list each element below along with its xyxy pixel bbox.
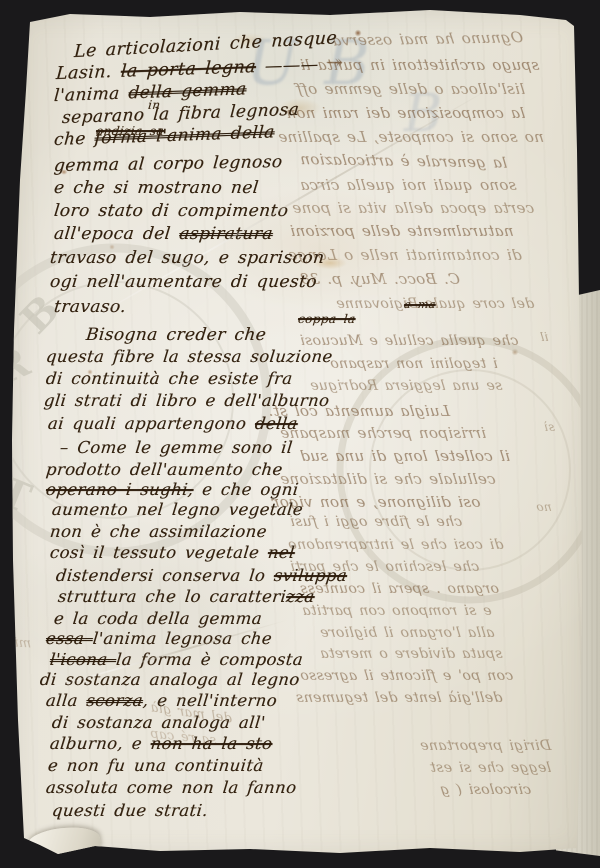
manuscript-text: gli strati di libro e dell'alburno [43,391,330,410]
manuscript-text: distendersi conserva lo [55,566,275,585]
manuscript-line: ai quali appartengono della [47,414,299,433]
manuscript-line: di sostanza analoga all' [51,713,267,732]
manuscript-text: , e nell'interno [142,691,278,710]
struck-text: scorza [85,691,143,710]
manuscript-text: aumento nel legno vegetale [51,500,304,519]
manuscript-text: Lasin. [55,62,121,84]
manuscript-line: questa fibre la stessa soluzione [45,347,334,366]
manuscript-line: all'epoca del aspiratura [53,224,274,244]
manuscript-text: all'epoca del [53,224,180,244]
struck-text: della [254,414,299,433]
interlinear-insertion: a ma [403,298,436,311]
struck-text: ondizia sa [95,124,164,138]
manuscript-text: e non fu una continuità [47,756,265,775]
manuscript-line: loro stato di compimento [53,201,289,221]
struck-text: sviluppa [273,566,348,585]
manuscript-text: struttura che lo caratteri [57,587,287,606]
manuscript-text: gemma al corpo legnoso [53,152,283,176]
manuscript-text: in [147,98,161,112]
manuscript-line: travaso. [53,297,127,317]
manuscript-line: operano i sughi, e che ogni [45,480,299,499]
manuscript-page: UB B B R I T Ognuno ha mai osserva↞spugo… [0,0,600,868]
manuscript-line: e la coda della gemma [53,609,263,628]
handwriting-layer: Le articolazioni che nasqueLasin. la por… [0,0,600,868]
manuscript-text: Bisogna creder che [85,325,267,345]
manuscript-text: l'anima [53,83,129,106]
manuscript-line: – Come le gemme sono il [59,438,294,457]
manuscript-text: alburno, e [49,734,152,753]
manuscript-text: ——— [255,55,319,77]
manuscript-line: questi due strati. [51,801,209,820]
manuscript-text: ogi nell'aumentare di questo [49,272,318,292]
struck-text: a ma [403,298,436,311]
manuscript-line: aumento nel legno vegetale [51,500,304,519]
interlinear-insertion: coppa la [297,312,356,326]
manuscript-line: gli strati di libro e dell'alburno [43,391,330,410]
manuscript-line: essa l'anima legnosa che [45,629,273,648]
interlinear-insertion: in [147,98,161,112]
struck-text: non ha la sto [150,734,274,753]
struck-text: essa [45,629,94,648]
manuscript-text: e la coda della gemma [53,609,263,628]
manuscript-text: di sostanza analoga all' [51,713,267,732]
struck-text: nel [267,543,296,562]
manuscript-line: prodotto dell'aumento che [45,460,284,479]
manuscript-text: alla [45,691,87,710]
manuscript-text: travaso. [53,297,127,317]
manuscript-text: questi due strati. [51,801,209,820]
manuscript-line: e che si mostrano nel [53,178,260,198]
manuscript-line: di continuità che esiste fra [45,369,294,388]
manuscript-line: alla scorza, e nell'interno [45,691,278,710]
manuscript-text: – Come le gemme sono il [59,438,294,457]
manuscript-line: Bisogna creder che [85,325,267,345]
manuscript-line: così il tessuto vegetale nel [49,543,296,562]
manuscript-line: ogi nell'aumentare di questo [49,272,318,292]
manuscript-line: assoluta come non la fanno [45,778,297,797]
manuscript-text: non è che assimilazione [49,522,268,541]
manuscript-line: non è che assimilazione [49,522,268,541]
manuscript-text: questa fibre la stessa soluzione [45,347,334,366]
manuscript-line: e non fu una continuità [47,756,265,775]
manuscript-text: loro stato di compimento [53,201,289,221]
manuscript-line: travaso del sugo, e spariscon [49,248,325,268]
manuscript-photo: UB B B R I T Ognuno ha mai osserva↞spugo… [0,0,600,868]
struck-text: della gemma [128,79,247,103]
manuscript-text: che [53,129,95,150]
manuscript-line: gemma al corpo legnoso [53,152,283,176]
struck-text: zza [285,587,315,606]
manuscript-line: distendersi conserva lo sviluppa [55,566,348,585]
manuscript-line: alburno, e non ha la sto [49,734,273,753]
manuscript-line: struttura che lo caratterizza [57,587,316,606]
manuscript-text: così il tessuto vegetale [49,543,269,562]
struck-text: la porta legna [120,57,257,82]
manuscript-text: prodotto dell'aumento che [45,460,284,479]
struck-text: coppa la [297,312,356,326]
interlinear-insertion: ondizia sa [95,124,164,138]
manuscript-text: ai quali appartengono [47,414,256,433]
manuscript-text: di continuità che esiste fra [45,369,294,388]
manuscript-text: e che ogni [193,480,300,499]
manuscript-text: e che si mostrano nel [53,178,260,198]
struck-text: operano i sughi, [45,480,195,499]
struck-text: l'icona [49,650,117,669]
stamp-letter: I [0,406,5,454]
manuscript-text: assoluta come non la fanno [45,778,297,797]
manuscript-text: travaso del sugo, e spariscon [49,248,325,268]
